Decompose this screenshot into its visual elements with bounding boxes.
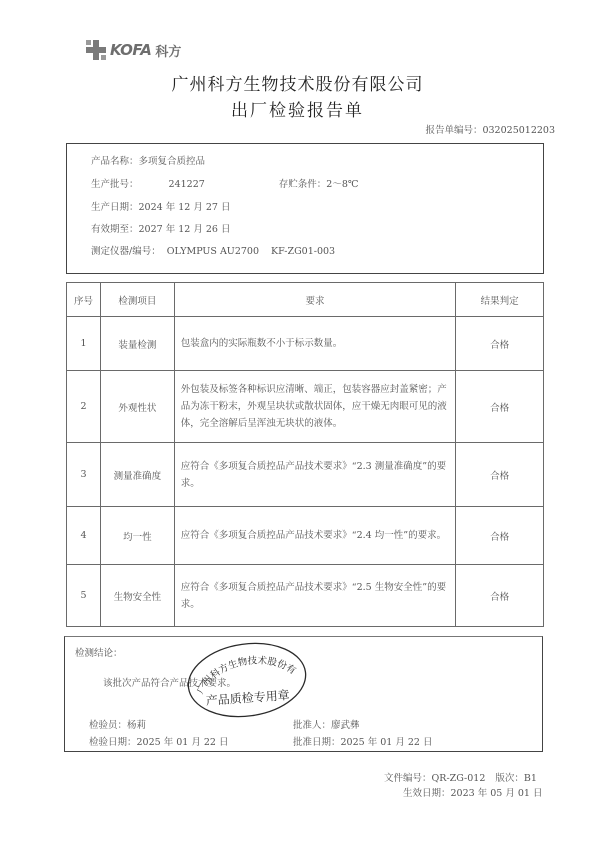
- row-item: 测量准确度: [100, 443, 174, 507]
- company-logo: KOFA 科方: [86, 40, 181, 60]
- table-row: 2 外观性状 外包装及标签各种标识应清晰、端正，包装容器应封盖紧密；产品为冻干粉…: [67, 371, 544, 443]
- approver-label: 批准人：: [293, 720, 331, 731]
- file-no-value: QR-ZG-012: [432, 773, 486, 784]
- file-no-label: 文件编号：: [384, 773, 432, 784]
- expiry-label: 有效期至：: [91, 224, 139, 235]
- row-requirement: 包装盒内的实际瓶数不小于标示数量。: [174, 317, 455, 371]
- batch-label: 生产批号：: [91, 179, 139, 190]
- row-no: 4: [67, 507, 101, 565]
- header-result: 结果判定: [456, 283, 544, 317]
- approve-date-label: 批准日期：: [293, 737, 341, 748]
- version-label: 版次：: [495, 773, 524, 784]
- instrument-value: OLYMPUS AU2700: [167, 246, 259, 257]
- company-name: 广州科方生物技术股份有限公司: [0, 70, 595, 95]
- document-title: 出厂检验报告单: [0, 96, 595, 121]
- storage-label: 存贮条件：: [279, 179, 327, 190]
- instrument-row: 测定仪器/编号：OLYMPUS AU2700KF-ZG01-003: [91, 243, 335, 257]
- header-no: 序号: [67, 283, 101, 317]
- stamp-center-text: 产品质检专用章: [205, 687, 290, 708]
- row-requirement: 应符合《多项复合质控品产品技术要求》“2.5 生物安全性”的要求。: [174, 565, 455, 627]
- table-row: 3 测量准确度 应符合《多项复合质控品产品技术要求》“2.3 测量准确度”的要求…: [67, 443, 544, 507]
- quality-inspection-stamp: 广州科方生物技术股份有限公司 产品质检专用章: [184, 640, 310, 720]
- expiry-row: 有效期至：2027 年 12 月 26 日: [91, 221, 230, 235]
- logo-cross-icon: [86, 40, 106, 60]
- mfg-date-row: 生产日期：2024 年 12 月 27 日: [91, 199, 230, 213]
- instrument-label: 测定仪器/编号：: [91, 246, 161, 257]
- row-item: 外观性状: [100, 371, 174, 443]
- table-row: 4 均一性 应符合《多项复合质控品产品技术要求》“2.4 均一性”的要求。 合格: [67, 507, 544, 565]
- row-no: 2: [67, 371, 101, 443]
- conclusion-label: 检测结论：: [75, 645, 123, 659]
- batch-row: 生产批号：241227存贮条件：2～8℃: [91, 176, 359, 190]
- logo-cn-text: 科方: [155, 41, 181, 60]
- row-no: 3: [67, 443, 101, 507]
- product-name-label: 产品名称：: [91, 156, 139, 167]
- row-requirement: 应符合《多项复合质控品产品技术要求》“2.4 均一性”的要求。: [174, 507, 455, 565]
- approve-date-value: 2025 年 01 月 22 日: [341, 737, 433, 748]
- mfg-date-label: 生产日期：: [91, 202, 139, 213]
- row-item: 均一性: [100, 507, 174, 565]
- approve-date-field: 批准日期：2025 年 01 月 22 日: [293, 734, 432, 748]
- inspect-date-value: 2025 年 01 月 22 日: [137, 737, 229, 748]
- expiry-value: 2027 年 12 月 26 日: [139, 224, 231, 235]
- version-value: B1: [524, 773, 537, 784]
- inspector-field: 检验员：杨莉: [89, 717, 146, 731]
- report-number-value: 032025012203: [482, 125, 555, 136]
- storage-value: 2～8℃: [326, 179, 358, 190]
- inspect-date-field: 检验日期：2025 年 01 月 22 日: [89, 734, 228, 748]
- row-result: 合格: [456, 443, 544, 507]
- stamp-ellipse-icon: 广州科方生物技术股份有限公司 产品质检专用章: [184, 640, 310, 720]
- inspection-results-table: 序号 检测项目 要求 结果判定 1 装量检测 包装盒内的实际瓶数不小于标示数量。…: [66, 282, 544, 627]
- approver-name: 廖武彝: [331, 720, 360, 731]
- row-item: 生物安全性: [100, 565, 174, 627]
- row-requirement: 外包装及标签各种标识应清晰、端正，包装容器应封盖紧密；产品为冻干粉末，外观呈块状…: [174, 371, 455, 443]
- row-item: 装量检测: [100, 317, 174, 371]
- row-result: 合格: [456, 317, 544, 371]
- effective-date-label: 生效日期：: [403, 788, 451, 799]
- report-number: 报告单编号：032025012203: [425, 122, 555, 136]
- row-result: 合格: [456, 507, 544, 565]
- inspector-label: 检验员：: [89, 720, 127, 731]
- inspect-date-label: 检验日期：: [89, 737, 137, 748]
- mfg-date-value: 2024 年 12 月 27 日: [139, 202, 231, 213]
- effective-date-value: 2023 年 05 月 01 日: [451, 788, 543, 799]
- inspector-name: 杨莉: [127, 720, 146, 731]
- row-requirement: 应符合《多项复合质控品产品技术要求》“2.3 测量准确度”的要求。: [174, 443, 455, 507]
- report-number-label: 报告单编号：: [425, 125, 482, 136]
- table-row: 1 装量检测 包装盒内的实际瓶数不小于标示数量。 合格: [67, 317, 544, 371]
- row-no: 5: [67, 565, 101, 627]
- logo-text: KOFA: [110, 41, 151, 59]
- table-header-row: 序号 检测项目 要求 结果判定: [67, 283, 544, 317]
- header-requirement: 要求: [174, 283, 455, 317]
- row-result: 合格: [456, 371, 544, 443]
- instrument-number: KF-ZG01-003: [271, 246, 335, 257]
- batch-value: 241227: [169, 179, 205, 190]
- header-item: 检测项目: [100, 283, 174, 317]
- table-row: 5 生物安全性 应符合《多项复合质控品产品技术要求》“2.5 生物安全性”的要求…: [67, 565, 544, 627]
- product-name-value: 多项复合质控品: [139, 156, 206, 167]
- product-info-box: 产品名称：多项复合质控品 生产批号：241227存贮条件：2～8℃ 生产日期：2…: [66, 143, 544, 274]
- effective-date-line: 生效日期：2023 年 05 月 01 日: [403, 785, 542, 799]
- row-result: 合格: [456, 565, 544, 627]
- row-no: 1: [67, 317, 101, 371]
- file-info-line: 文件编号：QR-ZG-012版次：B1: [384, 770, 537, 784]
- product-name-row: 产品名称：多项复合质控品: [91, 153, 205, 167]
